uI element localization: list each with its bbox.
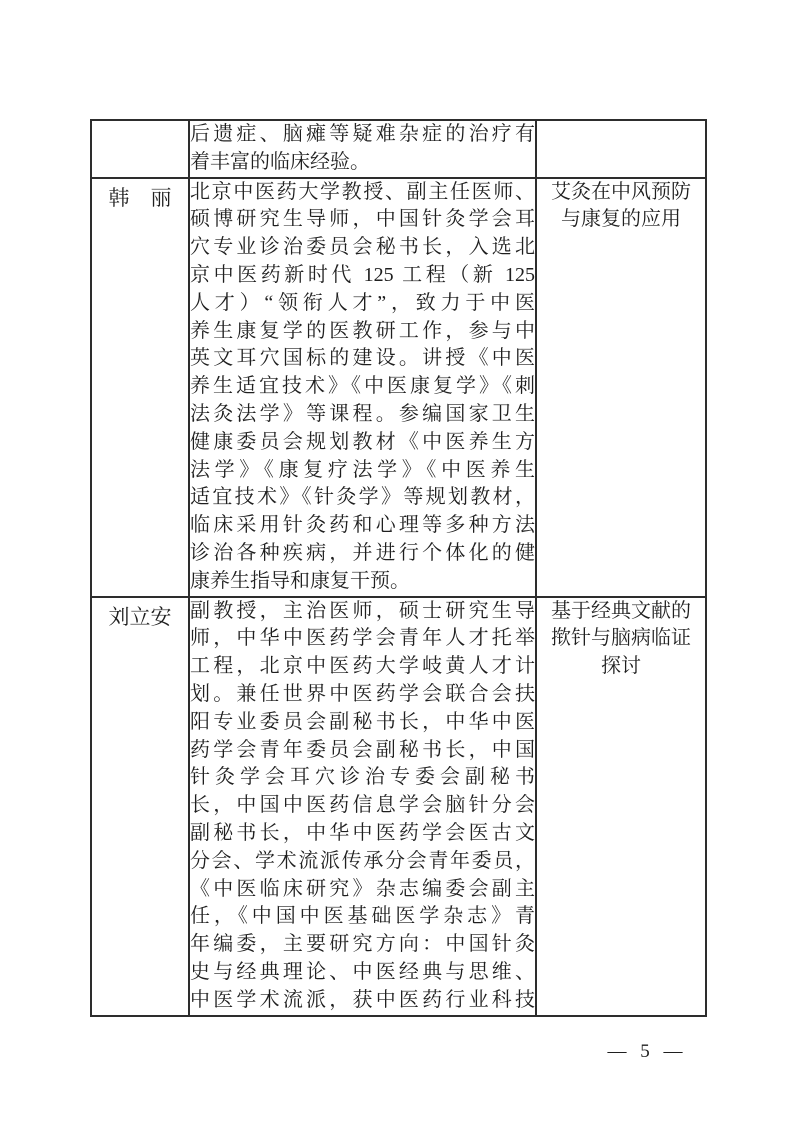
bio-line: 后遗症、脑瘫等疑难杂症的治疗有 xyxy=(190,121,535,149)
bio-line: 硕博研究生导师，中国针灸学会耳 xyxy=(190,206,535,234)
lecture-topic-cell: 艾灸在中风预防与康复的应用 xyxy=(536,178,706,597)
page-number: — 5 — xyxy=(585,1042,705,1062)
bio-line: 长，中国中医药信息学会脑针分会 xyxy=(190,792,535,820)
bio-line: 适宜技术》《针灸学》等规划教材， xyxy=(190,484,535,512)
bio-line: 工程，北京中医药大学岐黄人才计 xyxy=(190,653,535,681)
speaker-bio-cell: 副教授，主治医师，硕士研究生导师，中华中医药学会青年人才托举工程，北京中医药大学… xyxy=(189,597,536,1016)
topic-line: 揿针与脑病临证 xyxy=(537,625,705,653)
bio-line: 年编委，主要研究方向：中国针灸 xyxy=(190,931,535,959)
speaker-bio-cell: 北京中医药大学教授、副主任医师、硕博研究生导师，中国针灸学会耳穴专业诊治委员会秘… xyxy=(189,178,536,597)
bio-line: 史与经典理论、中医经典与思维、 xyxy=(190,959,535,987)
speaker-table: 后遗症、脑瘫等疑难杂症的治疗有着丰富的临床经验。韩 丽北京中医药大学教授、副主任… xyxy=(90,119,707,1017)
speaker-name-cell: 韩 丽 xyxy=(91,178,189,597)
bio-line: 任，《中国中医基础医学杂志》青 xyxy=(190,903,535,931)
bio-line: 人才）“领衔人才”，致力于中医 xyxy=(190,290,535,318)
bio-line: 副秘书长，中华中医药学会医古文 xyxy=(190,820,535,848)
bio-line: 养生康复学的医教研工作，参与中 xyxy=(190,318,535,346)
bio-line: 阳专业委员会副秘书长，中华中医 xyxy=(190,709,535,737)
bio-line: 针灸学会耳穴诊治专委会副秘书 xyxy=(190,764,535,792)
bio-line: 英文耳穴国标的建设。讲授《中医 xyxy=(190,345,535,373)
bio-line: 诊治各种疾病，并进行个体化的健 xyxy=(190,540,535,568)
speaker-bio-cell: 后遗症、脑瘫等疑难杂症的治疗有着丰富的临床经验。 xyxy=(189,120,536,178)
lecture-topic-cell: 基于经典文献的揿针与脑病临证探讨 xyxy=(536,597,706,1016)
speaker-name-cell xyxy=(91,120,189,178)
bio-line: 副教授，主治医师，硕士研究生导 xyxy=(190,598,535,626)
bio-line: 京中医药新时代 125 工程（新 125 xyxy=(190,262,535,290)
bio-line: 养生适宜技术》《中医康复学》《刺 xyxy=(190,373,535,401)
lecture-topic-cell xyxy=(536,120,706,178)
bio-line: 康养生指导和康复干预。 xyxy=(190,568,535,596)
bio-line: 《中医临床研究》杂志编委会副主 xyxy=(190,876,535,904)
bio-line: 法灸法学》等课程。参编国家卫生 xyxy=(190,401,535,429)
bio-line: 划。兼任世界中医药学会联合会扶 xyxy=(190,681,535,709)
bio-line: 中医学术流派，获中医药行业科技 xyxy=(190,987,535,1015)
speaker-name: 刘立安 xyxy=(92,604,188,631)
speaker-name: 韩 丽 xyxy=(92,185,188,212)
topic-line: 艾灸在中风预防 xyxy=(537,179,705,207)
bio-line: 穴专业诊治委员会秘书长，入选北 xyxy=(190,234,535,262)
bio-line: 着丰富的临床经验。 xyxy=(190,149,535,177)
topic-line: 探讨 xyxy=(537,653,705,681)
bio-line: 药学会青年委员会副秘书长，中国 xyxy=(190,737,535,765)
bio-line: 分会、学术流派传承分会青年委员， xyxy=(190,848,535,876)
table-row: 刘立安副教授，主治医师，硕士研究生导师，中华中医药学会青年人才托举工程，北京中医… xyxy=(91,597,706,1016)
speaker-name-cell: 刘立安 xyxy=(91,597,189,1016)
topic-line: 与康复的应用 xyxy=(537,206,705,234)
bio-line: 法学》《康复疗法学》《中医养生 xyxy=(190,457,535,485)
bio-line: 北京中医药大学教授、副主任医师、 xyxy=(190,179,535,207)
bio-line: 健康委员会规划教材《中医养生方 xyxy=(190,429,535,457)
topic-line: 基于经典文献的 xyxy=(537,598,705,626)
bio-line: 临床采用针灸药和心理等多种方法 xyxy=(190,512,535,540)
table-row: 后遗症、脑瘫等疑难杂症的治疗有着丰富的临床经验。 xyxy=(91,120,706,178)
table-row: 韩 丽北京中医药大学教授、副主任医师、硕博研究生导师，中国针灸学会耳穴专业诊治委… xyxy=(91,178,706,597)
bio-line: 师，中华中医药学会青年人才托举 xyxy=(190,625,535,653)
